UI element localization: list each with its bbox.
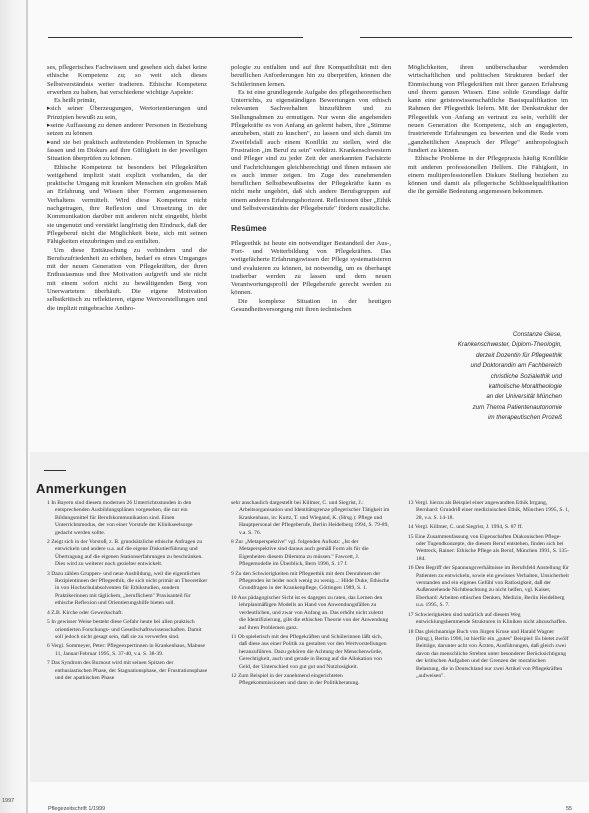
footnote: 2 Zeigt sich in der Vorstoß, z. B. grund… [47,539,209,569]
footnote: sehr anschaulich dargestellt bei Killmer… [231,500,391,537]
text-column-3: Möglichkeiten, ihren unüberschaubar werd… [408,64,568,197]
paragraph: Ethische Kompetenz ist besonders bei Pfl… [47,164,207,247]
author-line: katholische Moraltheologie [430,382,562,392]
footnote: 18 Das gleichnamige Buch von Jürgen Krus… [408,629,570,681]
paragraph: Möglichkeiten, ihren unüberschaubar werd… [408,64,568,155]
top-rule-left [48,37,303,38]
paragraph: Um diese Enttäuschung zu verhindern und … [47,247,207,313]
footnote: 5 In gewisser Weise besteht diese Gefahr… [47,619,209,641]
text-column-2: pologie zu entfalten und auf ihre Kompat… [231,64,391,314]
author-line: christliche Sozialethik und [430,372,562,382]
notes-heading: Anmerkungen [36,481,127,496]
footnote: 6 Vergl. Sommeyer, Peter: Pflegeexpertin… [47,643,209,658]
left-page-number: 1997 [2,798,14,804]
footnote: 12 Zum Beispiel in der zunehmend eingeri… [231,673,391,688]
paragraph: pologie zu entfalten und auf ihre Kompat… [231,64,391,89]
footnote: 10 Aus pädagogischer Sicht ist es dagege… [231,595,391,632]
author-line: im therapeutischen Prozeß [430,413,562,423]
paragraph: Ethische Probleme in der Pflegepraxis hä… [408,155,568,196]
author-line: derzeit Dozentin für Pflegeethik [430,351,562,361]
paragraph: Pflegeethik ist heute ein notwendiger Be… [231,240,391,298]
notes-column-2: sehr anschaulich dargestellt bei Killmer… [231,500,391,690]
text-column-1: ses, pflegerisches Fachwissen und gesehe… [47,64,207,313]
page-gutter-line [26,0,28,813]
paragraph: Es ist eine grundlegende Aufgabe des pfl… [231,89,391,213]
footnote: 1 In Bayern sind diesem modernen 26 Unte… [47,500,209,537]
paragraph: Die komplexe Situation in der heutigen G… [231,298,391,315]
bullet-item: seine Auffassung zu denen anderer Person… [47,122,207,139]
top-rule-right [360,37,572,38]
footnote: 9 Zu den Schwierigkeiten mit Pflegeethik… [231,571,391,593]
footnote: 16 Den Begriff der Spannungsverhältnisse… [408,565,570,609]
footnote: 3 Dazu zählen Gruppen- und neue Ausbildu… [47,571,209,608]
author-line: Constanze Giese, [430,330,562,340]
paragraph: Es heißt primär, [47,97,207,105]
footer-journal: Pflegezeitschrift 1/1999 [48,806,105,812]
author-line: und Doktorandin am Fachbereich [430,361,562,371]
bullet-item: sich seiner Überzeugungen, Wertorientier… [47,105,207,122]
footnote: 13 Vergl. hierzu als Beispiel einer ange… [408,500,570,522]
author-line: zum Thema Patientenautonomie [430,403,562,413]
footnote: 14 Vergl. Killmer, C. und Siegrist, J. 1… [408,524,570,531]
notes-column-3: 13 Vergl. hierzu als Beispiel einer ange… [408,500,570,682]
footnote: 8 Zur „Metaperspektive" vgl. folgenden A… [231,539,391,569]
notes-rule [44,470,66,471]
bullet-item: und sie bei praktisch auftretenden Probl… [47,139,207,164]
author-signature: Constanze Giese, Krankenschwester, Diplo… [430,330,562,424]
paragraph: ses, pflegerisches Fachwissen und gesehe… [47,64,207,97]
right-page-number: 55 [566,806,572,812]
notes-column-1: 1 In Bayern sind diesem modernen 26 Unte… [47,500,209,684]
footnote: 15 Eine Zusammenfassung von Eigenschafte… [408,534,570,564]
footnote: 7 Das Syndrom des Burnout wird mit seine… [47,660,209,682]
section-heading-resuemee: Resümee [231,225,391,233]
footnote: 17 Schwierigkeiten sind natürlich auf di… [408,612,570,627]
footnote: 11 Ob spielerisch mit den Pflegekräften … [231,634,391,671]
author-line: Krankenschwester, Diplom-Theologin, [430,340,562,350]
author-line: an der Universität München [430,392,562,402]
footnote: 4 Z.B. Kirche oder Gewerkschaft. [47,610,209,617]
